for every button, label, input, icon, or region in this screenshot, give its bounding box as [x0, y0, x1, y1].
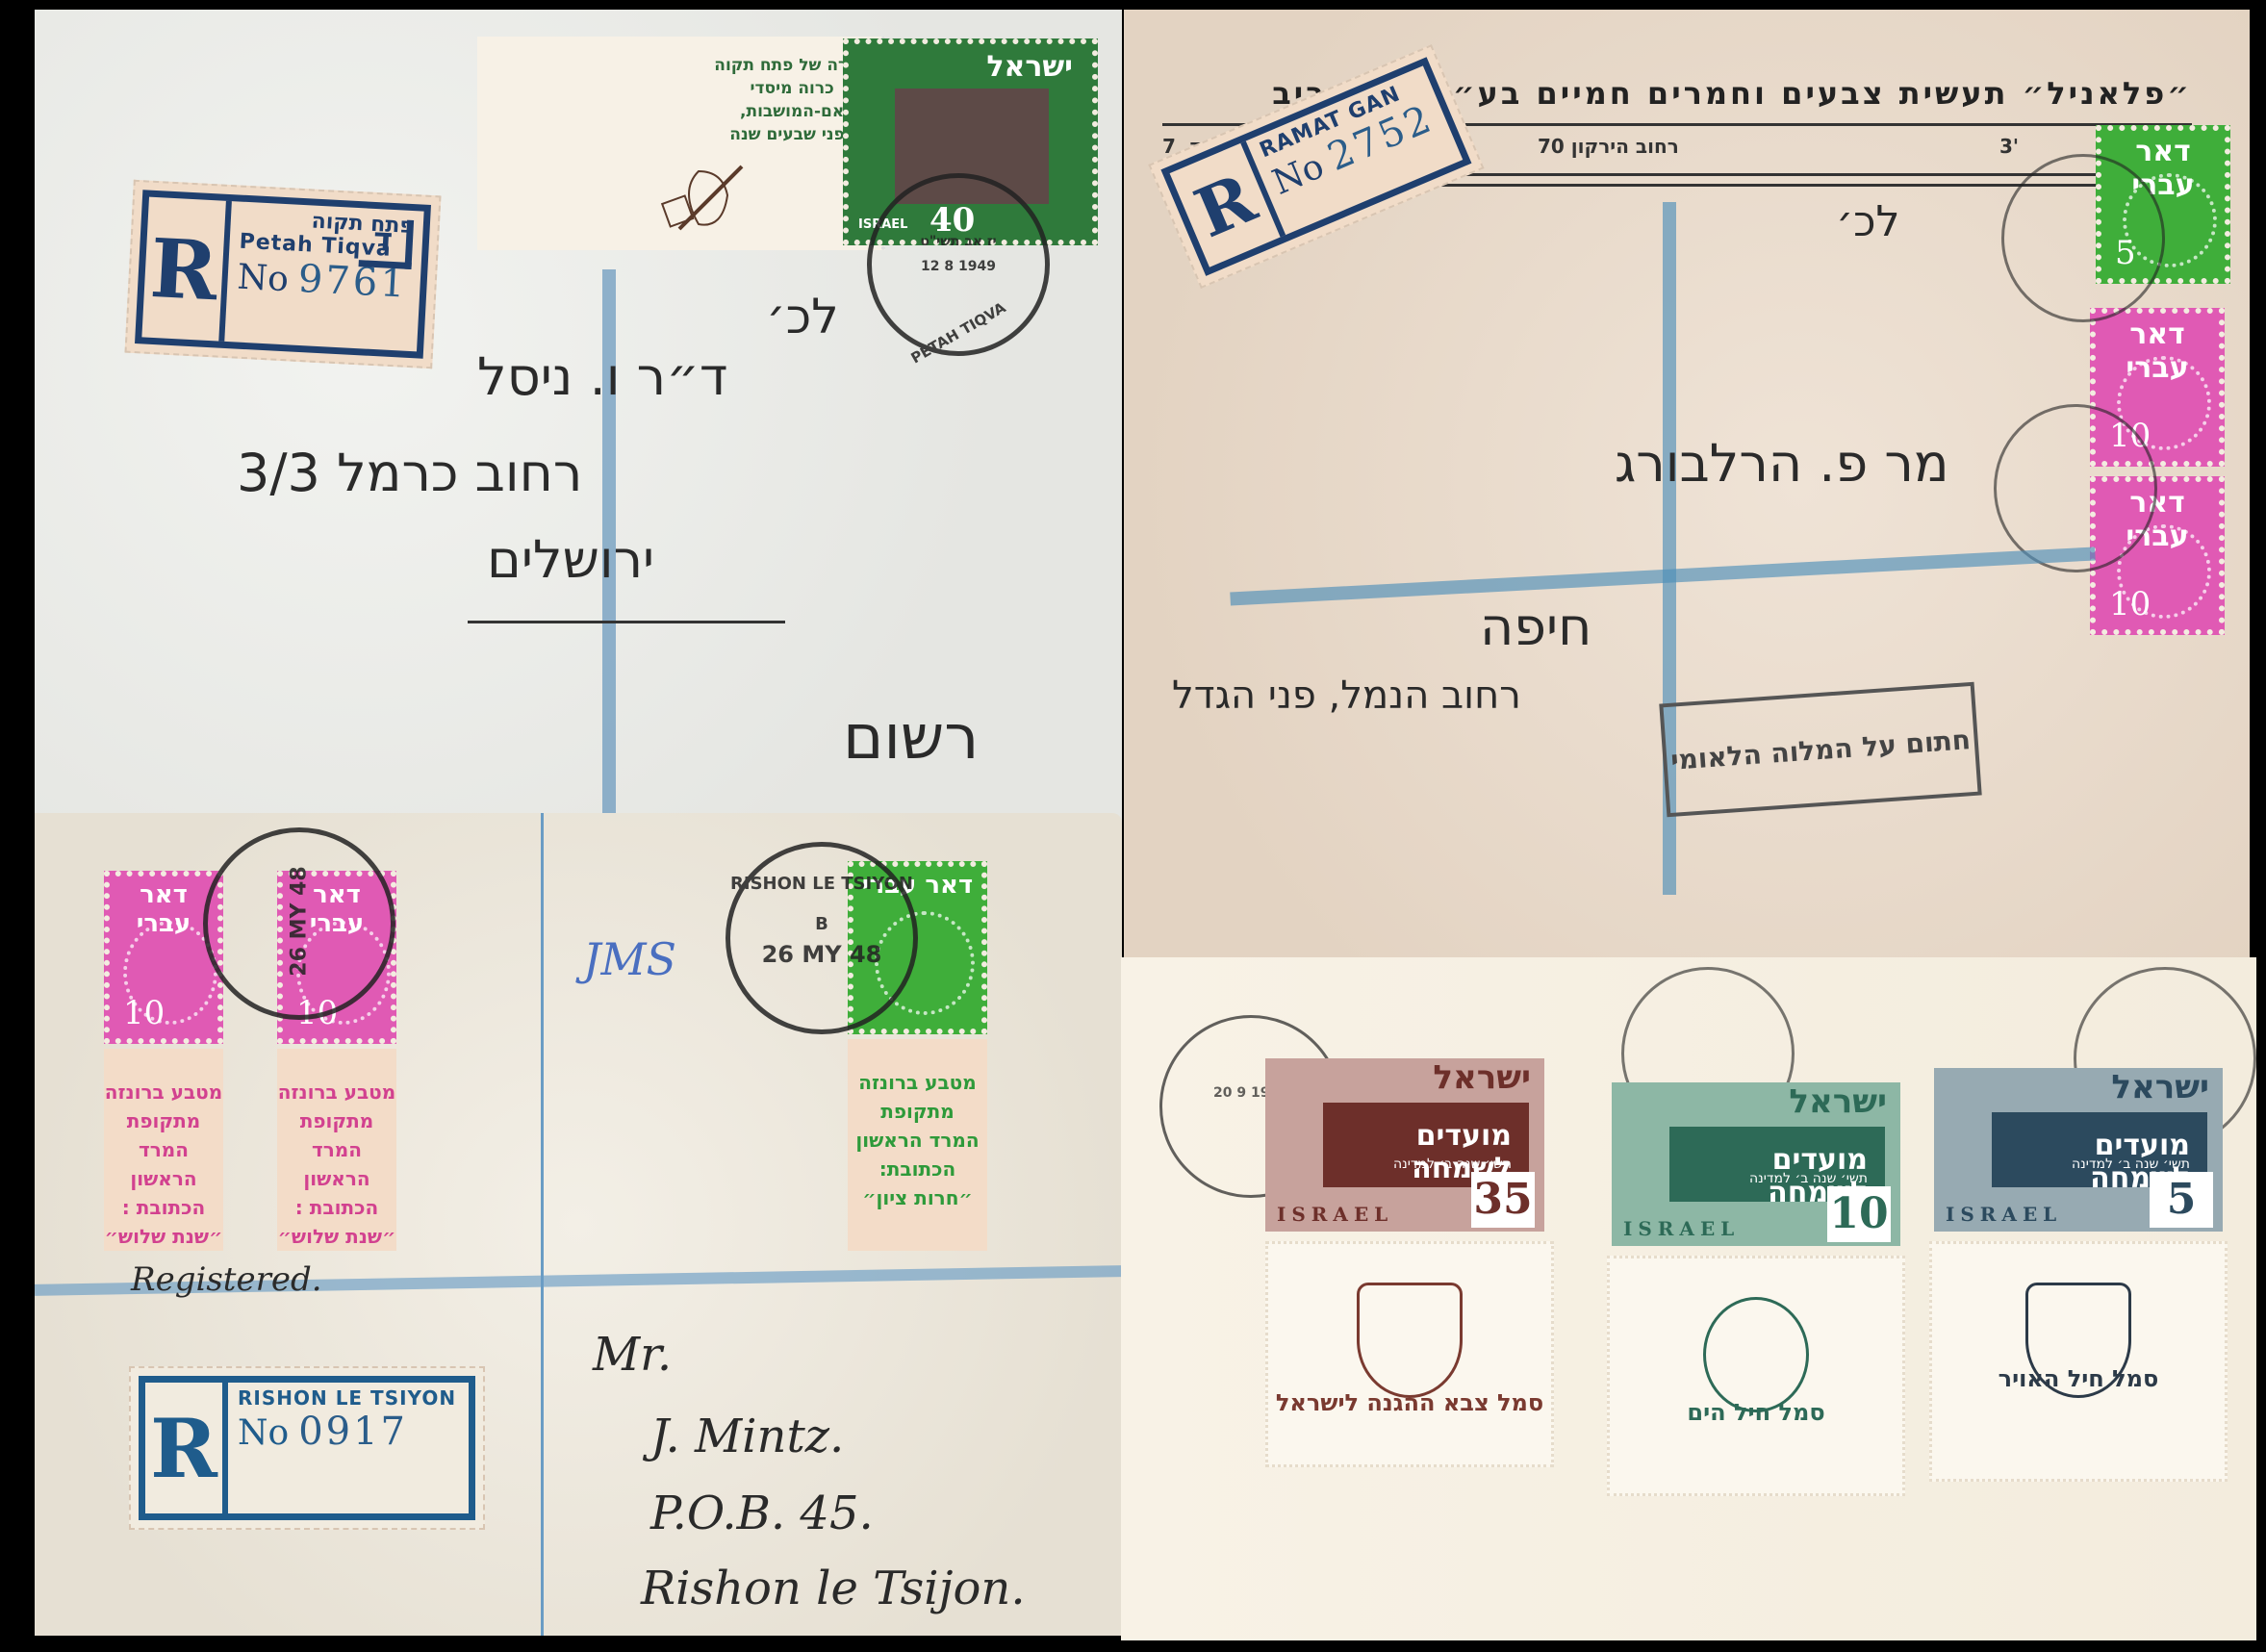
- stamp-coin-10: דאר עברי 10: [104, 871, 223, 1044]
- stamp-value: 35: [1471, 1172, 1535, 1228]
- tab-line: הכתובת:: [848, 1155, 987, 1183]
- corner-letter: ד: [359, 217, 415, 269]
- address-line: לכ׳: [1836, 197, 1900, 246]
- postmark-town: RISHON LE TSIYON: [730, 874, 913, 894]
- registration-letter: R: [145, 1383, 228, 1513]
- stamp-value: 10: [123, 994, 165, 1032]
- letterhead-phone: 3': [1999, 135, 2019, 158]
- tab-caption: סמל צבא ההגנה לישראל: [1268, 1389, 1551, 1416]
- tab-line: המרד הראשון: [277, 1135, 396, 1193]
- underline: [468, 621, 785, 623]
- address-line: רחוב כרמל 3/3: [237, 443, 582, 503]
- registration-number: 0917: [298, 1410, 408, 1454]
- tab-line: מתקופת: [277, 1106, 396, 1135]
- stamp-value: 5: [2150, 1172, 2213, 1228]
- postmark-date: 26 MY 48: [730, 941, 913, 968]
- stamp-value: 10: [1827, 1186, 1891, 1242]
- idf-emblem-icon: [1357, 1283, 1463, 1398]
- stamp-country-hebrew: ישראל: [1934, 1068, 2223, 1108]
- stamp-country-hebrew: ישראל: [986, 50, 1073, 84]
- postmark-letter: B: [730, 914, 913, 934]
- stamp-tab: בארה של פתח תקוה כרוה מיסדי אם-המושבות, …: [477, 37, 885, 250]
- stamp-subtitle: תשי׳ שנה ב׳ למדינה: [2072, 1156, 2190, 1172]
- postmark-date: 12 8 1949: [872, 259, 1045, 274]
- tab-line: הכתובת :: [277, 1193, 396, 1222]
- tools-illustration-icon: [660, 142, 756, 239]
- tab-line: מתקופת: [104, 1106, 223, 1135]
- tab-line: ״חרות ציון״: [848, 1183, 987, 1212]
- cover-rishon-le-tsiyon: דאר עברי 10 מטבע ברונזה מתקופת המרד הראש…: [35, 813, 1122, 1636]
- stamp-holiday-5: ישראל מועדיםלשמחה תשי׳ שנה ב׳ למדינה ISR…: [1934, 1068, 2223, 1232]
- tab-line: ״שנת שלוש״: [104, 1222, 223, 1251]
- cover-petah-tiqva: R ד פתח תקוה Petah Tiqva No9761 בארה של …: [35, 10, 1122, 837]
- address-line: P.O.B. 45.: [650, 1487, 874, 1540]
- stamp-holiday-10: ישראל מועדיםלשמחה תשי׳ שנה ב׳ למדינה ISR…: [1612, 1082, 1900, 1246]
- tab-line: המרד הראשון: [848, 1126, 987, 1155]
- postmark-date: 26 MY 48: [288, 830, 312, 1013]
- boxed-stamp-text: חתום על המלוה הלאומי: [1669, 724, 1972, 776]
- motto-line: מועדים: [1412, 1120, 1512, 1153]
- address-line: לכ׳: [766, 289, 839, 344]
- tab-line: מטבע ברונזה: [277, 1078, 396, 1106]
- navy-emblem-icon: [1703, 1297, 1809, 1412]
- stamp-tab: מטבע ברונזה מתקופת המרד הראשון הכתובת : …: [104, 1049, 223, 1251]
- stamp-tab: סמל צבא ההגנה לישראל: [1265, 1241, 1554, 1467]
- registered-note: רשום: [843, 702, 979, 774]
- registration-label: R RISHON LE TSIYON No0917: [129, 1366, 485, 1530]
- registration-label: R ד פתח תקוה Petah Tiqva No9761: [125, 180, 442, 369]
- tab-line: המרד הראשון: [104, 1135, 223, 1193]
- stamp-holiday-35: ישראל מועדיםלשמחה תשי׳ שנה ב׳ למדינה ISR…: [1265, 1058, 1544, 1232]
- address-line: רחוב הנמל, פני הגדל: [1172, 674, 1521, 718]
- town-latin: RISHON LE TSIYON: [238, 1386, 459, 1410]
- stamp-country-hebrew: ישראל: [1612, 1082, 1900, 1123]
- cover-bat-yam-holidays: 20 9 1949 ישראל מועדיםלשמחה תשי׳ שנה ב׳ …: [1121, 957, 2256, 1640]
- no-label: No: [238, 1413, 289, 1453]
- stamp-country-latin: ISRAEL: [1946, 1203, 2062, 1226]
- address-line: ירושלים: [487, 529, 654, 590]
- address-line: ד״ר ו. ניסל: [477, 346, 727, 407]
- registered-note: Registered.: [131, 1260, 322, 1299]
- tab-line: ״שנת שלוש״: [277, 1222, 396, 1251]
- blue-pencil-line: [541, 813, 544, 1636]
- stamp-tab: סמל חיל הים: [1607, 1256, 1905, 1496]
- postmark-petah-tiqva: יז אב תשי"ט 12 8 1949 PETAH TIQVA: [867, 173, 1050, 356]
- blue-note: JMS: [583, 933, 676, 985]
- postmark-date-hebrew: יז אב תשי"ט: [872, 234, 1045, 249]
- tab-line: הכתובת :: [104, 1193, 223, 1222]
- stamp-subtitle: תשי׳ שנה ב׳ למדינה: [1749, 1171, 1868, 1186]
- registration-letter: R: [141, 197, 232, 342]
- no-label: No: [237, 258, 290, 300]
- boxed-hand-stamp: חתום על המלוה הלאומי: [1659, 682, 1981, 818]
- postmark-rishon: 26 MY 48: [203, 827, 395, 1020]
- address-line: J. Mintz.: [650, 1410, 844, 1463]
- stamp-country-latin: ISRAEL: [1277, 1203, 1393, 1226]
- address-line: חיפה: [1480, 597, 1591, 657]
- stamp-country-hebrew: ישראל: [1265, 1058, 1544, 1099]
- cover-ramat-gan: ״פלאניל״ תעשית צבעים וחמרים חמיים בע״מ ת…: [1124, 10, 2250, 962]
- stamp-tab: מטבע ברונזה מתקופת המרד הראשון הכתובת : …: [277, 1049, 396, 1251]
- address-line: Rishon le Tsijon.: [641, 1562, 1026, 1615]
- tab-caption: סמל חיל האויר: [1932, 1365, 2225, 1392]
- postmark-town: PETAH TIQVA: [879, 282, 1038, 384]
- address-line: Mr.: [593, 1328, 672, 1382]
- tab-line: מתקופת: [848, 1097, 987, 1126]
- letterhead-street: רחוב הירקון 70: [1538, 135, 1679, 158]
- stamp-value: 10: [2109, 585, 2151, 623]
- postmark-rishon: RISHON LE TSIYON B 26 MY 48: [726, 842, 918, 1034]
- address-line: מר פ. הרלבורג: [1615, 433, 1949, 494]
- stamp-country-latin: ISRAEL: [1623, 1217, 1740, 1240]
- tab-line: מטבע ברונזה: [848, 1068, 987, 1097]
- tab-caption: סמל חיל הים: [1610, 1399, 1902, 1426]
- stamp-tab: סמל חיל האויר: [1929, 1241, 2228, 1482]
- postmark-ramat-gan: [2001, 154, 2165, 322]
- stamp-subtitle: תשי׳ שנה ב׳ למדינה: [1393, 1156, 1512, 1172]
- stamp-tab: מטבע ברונזה מתקופת המרד הראשון הכתובת: ״…: [848, 1039, 987, 1251]
- tab-line: מטבע ברונזה: [104, 1078, 223, 1106]
